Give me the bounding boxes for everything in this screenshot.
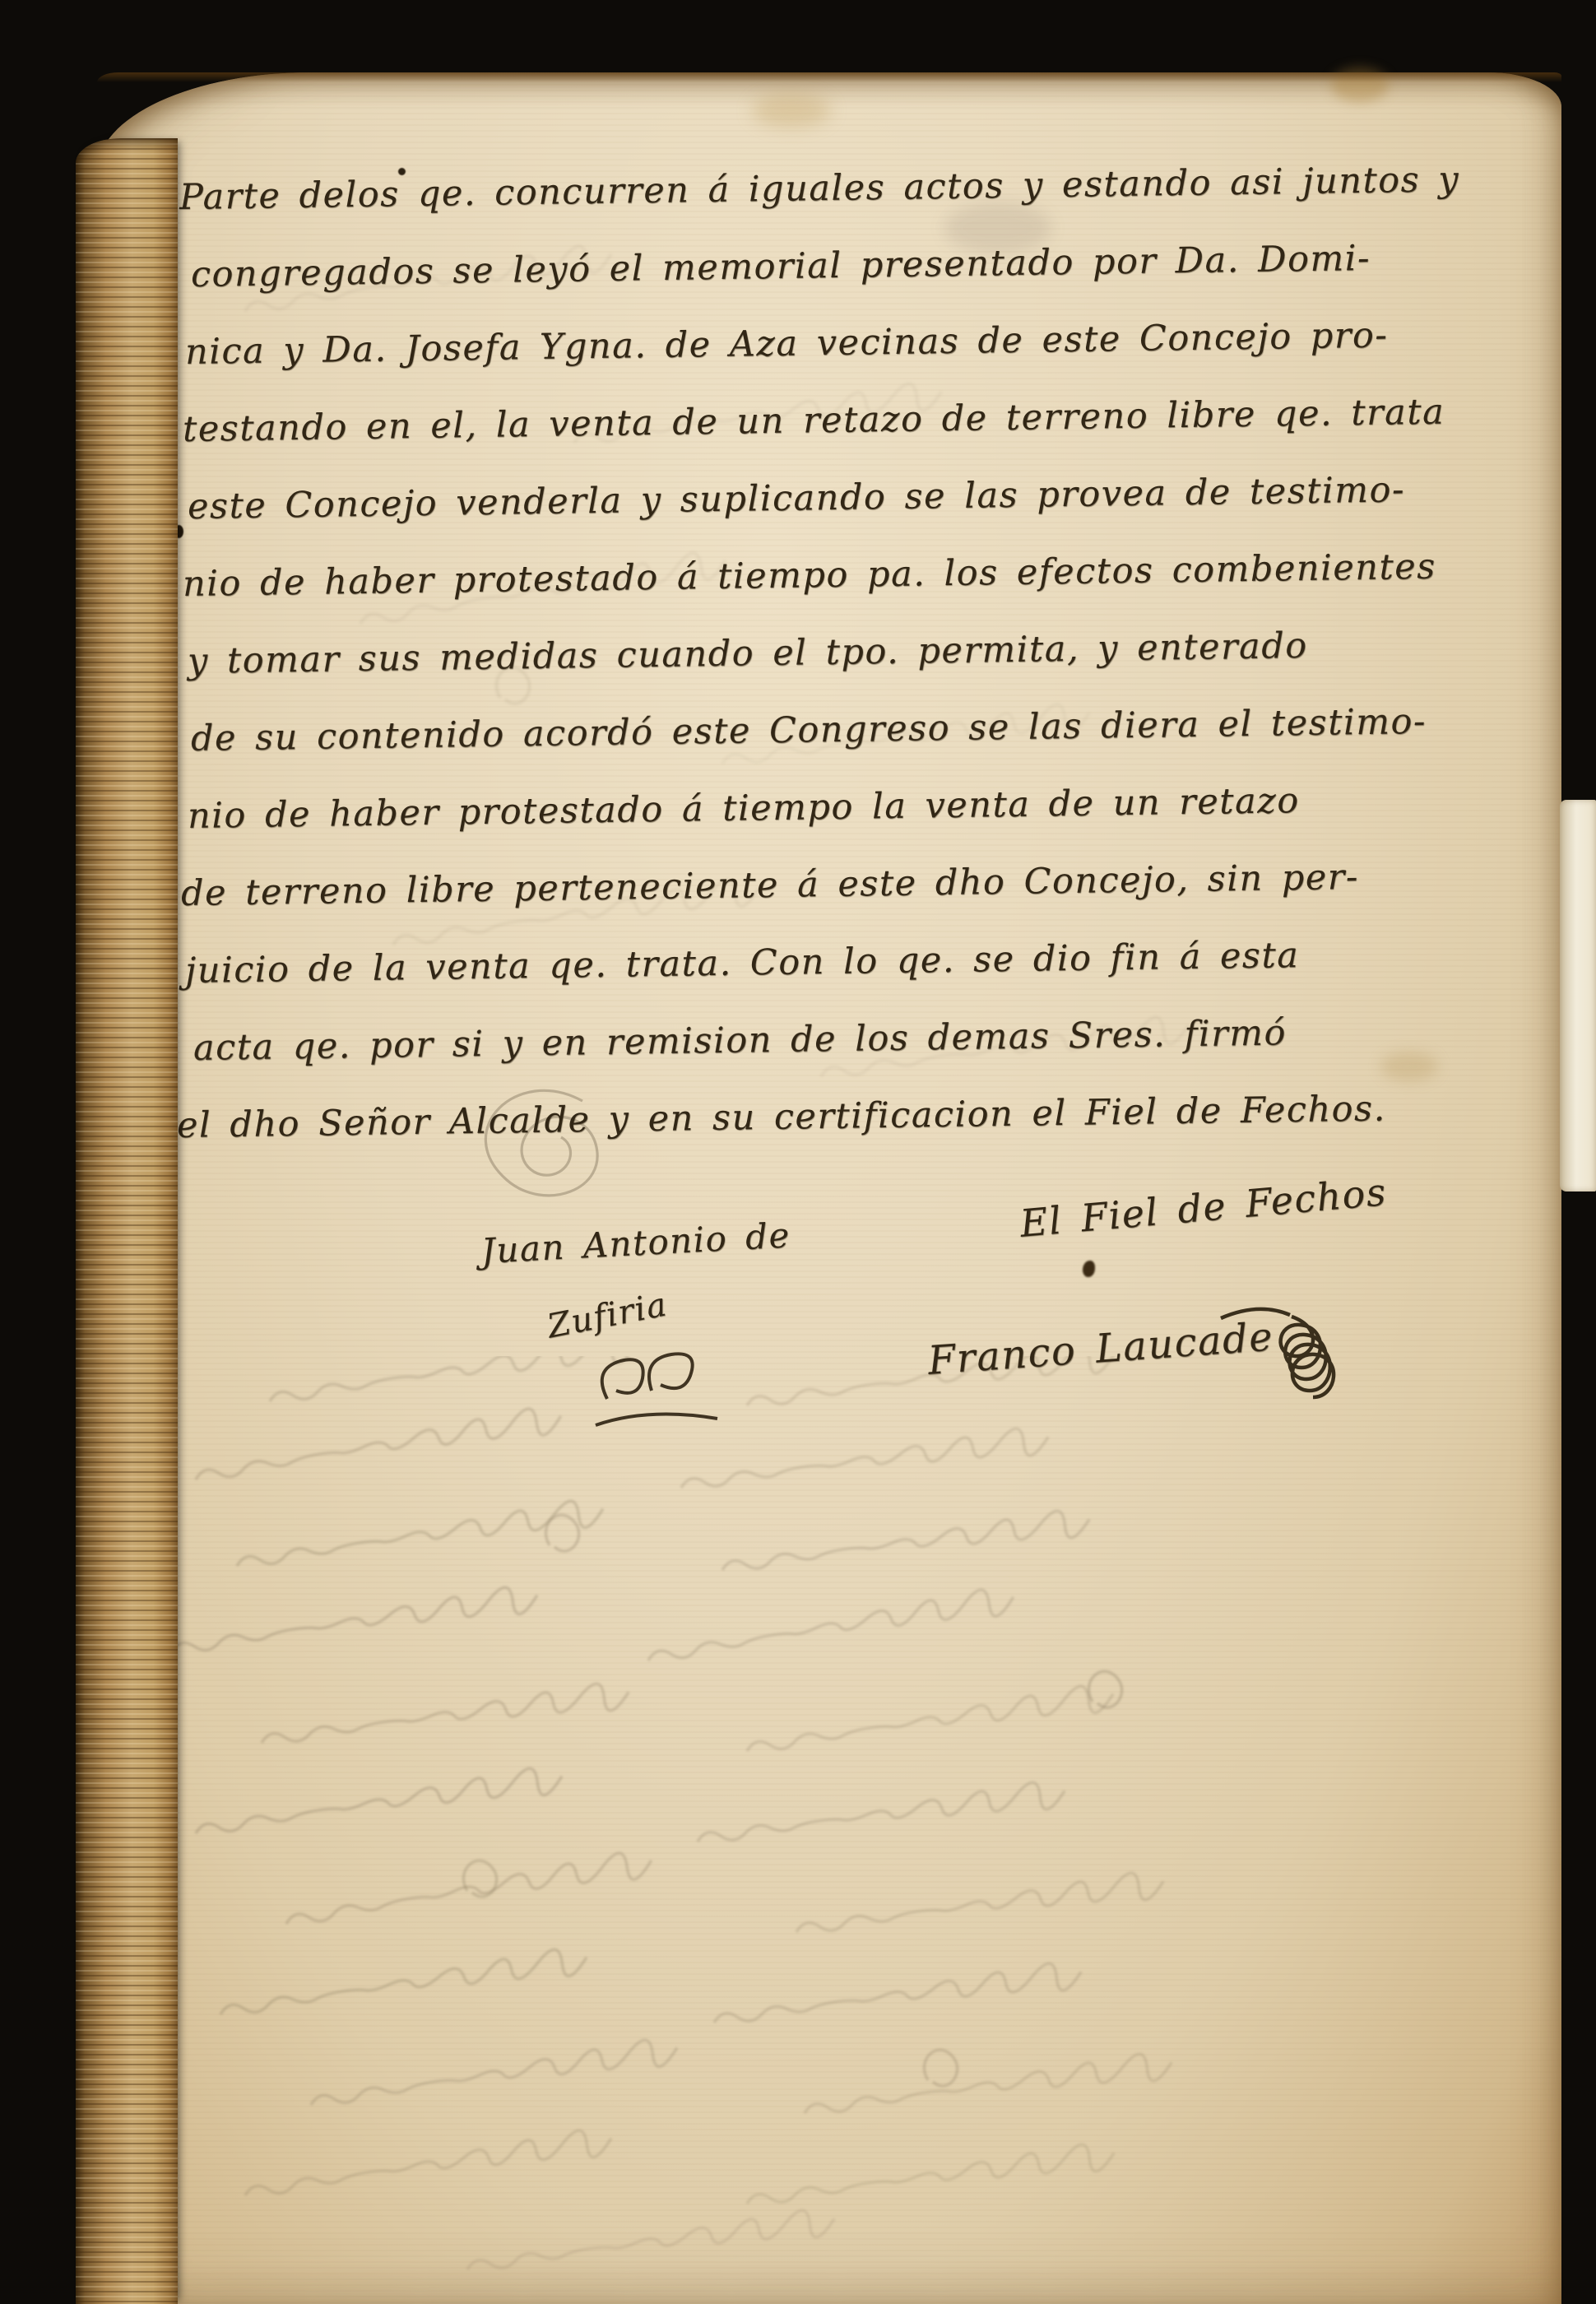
manuscript-line-10: de terreno libre perteneciente á este dh… <box>181 857 1360 914</box>
bleed-through-text-area <box>122 1356 1529 2302</box>
stain <box>1380 1052 1438 1081</box>
manuscript-line-3: nica y Da. Josefa Ygna. de Aza vecinas d… <box>185 315 1389 373</box>
manuscript-line-12: acta qe. por si y en remision de los dem… <box>193 1012 1287 1069</box>
manuscript-line-8: de su contenido acordó este Congreso se … <box>191 701 1427 759</box>
signature-left-name: Juan Antonio de <box>480 1215 791 1271</box>
manuscript-line-5: este Concejo venderla y suplicando se la… <box>188 469 1406 527</box>
signature-left-surname: Zufiria <box>545 1285 670 1345</box>
manuscript-line-9: nio de haber protestado á tiempo la vent… <box>188 780 1300 837</box>
manuscript-line-7: y tomar sus medidas cuando el tpo. permi… <box>188 625 1308 682</box>
photograph-backdrop: Parte delos qe. concurren á iguales acto… <box>0 0 1596 2304</box>
book-page-edges <box>76 138 178 2304</box>
signature-right-name: Franco Laucade <box>926 1314 1275 1384</box>
manuscript-line-6: nio de haber protestado á tiempo pa. los… <box>183 546 1436 605</box>
manuscript-line-1: Parte delos qe. concurren á iguales acto… <box>179 159 1460 218</box>
stain <box>752 94 831 127</box>
facing-page-edge <box>1560 800 1596 1191</box>
manuscript-page: Parte delos qe. concurren á iguales acto… <box>97 72 1561 2304</box>
manuscript-line-13: el dho Señor Alcalde y en su certificaci… <box>177 1088 1386 1146</box>
ink-blot <box>1083 1261 1095 1277</box>
rubric-flourish-left <box>584 1340 732 1455</box>
manuscript-line-4: testando en el, la venta de un retazo de… <box>183 392 1445 450</box>
manuscript-line-11: juicio de la venta qe. trata. Con lo qe.… <box>185 935 1300 992</box>
stain <box>1331 67 1389 102</box>
signature-right-title: El Fiel de Fechos <box>1018 1169 1389 1246</box>
manuscript-line-2: congregados se leyó el memorial presenta… <box>191 238 1371 295</box>
